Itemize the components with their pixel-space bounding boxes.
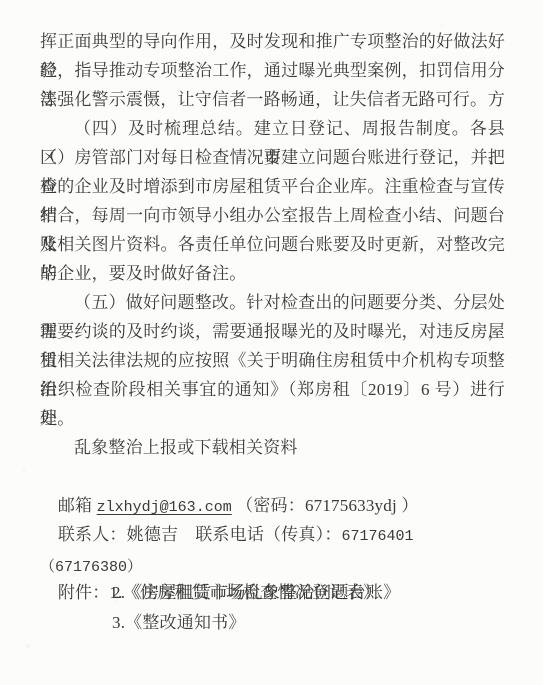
attachments-label: 附件： bbox=[58, 583, 110, 602]
materials-heading: 乱象整治上报或下载相关资料 bbox=[40, 433, 505, 462]
paragraph-line: 挥正面典型的导向作用，及时发现和推广专项整治的好做法好经 bbox=[40, 27, 505, 56]
paragraph-line: 查的企业及时增添到市房屋租赁平台企业库。注重检查与宣传相 bbox=[40, 172, 505, 201]
section5-heading-line: （五）做好问题整改。针对检查出的问题要分类、分层处理， bbox=[40, 288, 505, 317]
contact-phone-label: 联系电话（传真）： bbox=[195, 525, 341, 544]
contact-person-label: 联系人： bbox=[58, 525, 127, 544]
paragraph-line: 理。 bbox=[40, 404, 505, 433]
email-label: 邮箱 bbox=[58, 496, 97, 515]
contact-person-name: 姚德吉 bbox=[127, 525, 179, 544]
paragraph-line: 法强化警示震慑，让守信者一路畅通，让失信者无路可行。 bbox=[40, 85, 505, 114]
paragraph-line: 组织检查阶段相关事宜的通知》（郑房租〔2019〕6 号）进行处 bbox=[40, 375, 505, 404]
paragraph-line: 及相关图片资料。各责任单位问题台账要及时更新，对整改完毕 bbox=[40, 230, 505, 259]
paragraph-line: 结合，每周一向市领导小组办公室报告上周检查小结、问题台账 bbox=[40, 201, 505, 230]
email-address: zlxhydj@163.com bbox=[97, 499, 232, 516]
email-line: 邮箱 zlxhydj@163.com （密码：67175633ydj ） bbox=[40, 462, 505, 491]
paragraph-line: 需要约谈的及时约谈，需要通报曝光的及时曝光，对违反房屋租 bbox=[40, 317, 505, 346]
paragraph-line: 验，指导推动专项整治工作，通过曝光典型案例，扣罚信用分等方 bbox=[40, 56, 505, 85]
email-password-note: （密码：67175633ydj ） bbox=[232, 496, 419, 515]
paragraph-line: 赁相关法律法规的应按照《关于明确住房租赁中介机构专项整治 bbox=[40, 346, 505, 375]
paragraph-line: 区）房管部门对每日检查情况要建立问题台账进行登记，并把检 bbox=[40, 143, 505, 172]
attachment-item: 3.《整改通知书》 bbox=[40, 608, 505, 638]
section4-heading-line: （四）及时梳理总结。建立日登记、周报告制度。各县（市、 bbox=[40, 114, 505, 143]
paragraph-line: 的企业，要及时做好备注。 bbox=[40, 259, 505, 288]
scanned-document-page: 挥正面典型的导向作用，及时发现和推广专项整治的好做法好经 验，指导推动专项整治工… bbox=[0, 0, 543, 685]
